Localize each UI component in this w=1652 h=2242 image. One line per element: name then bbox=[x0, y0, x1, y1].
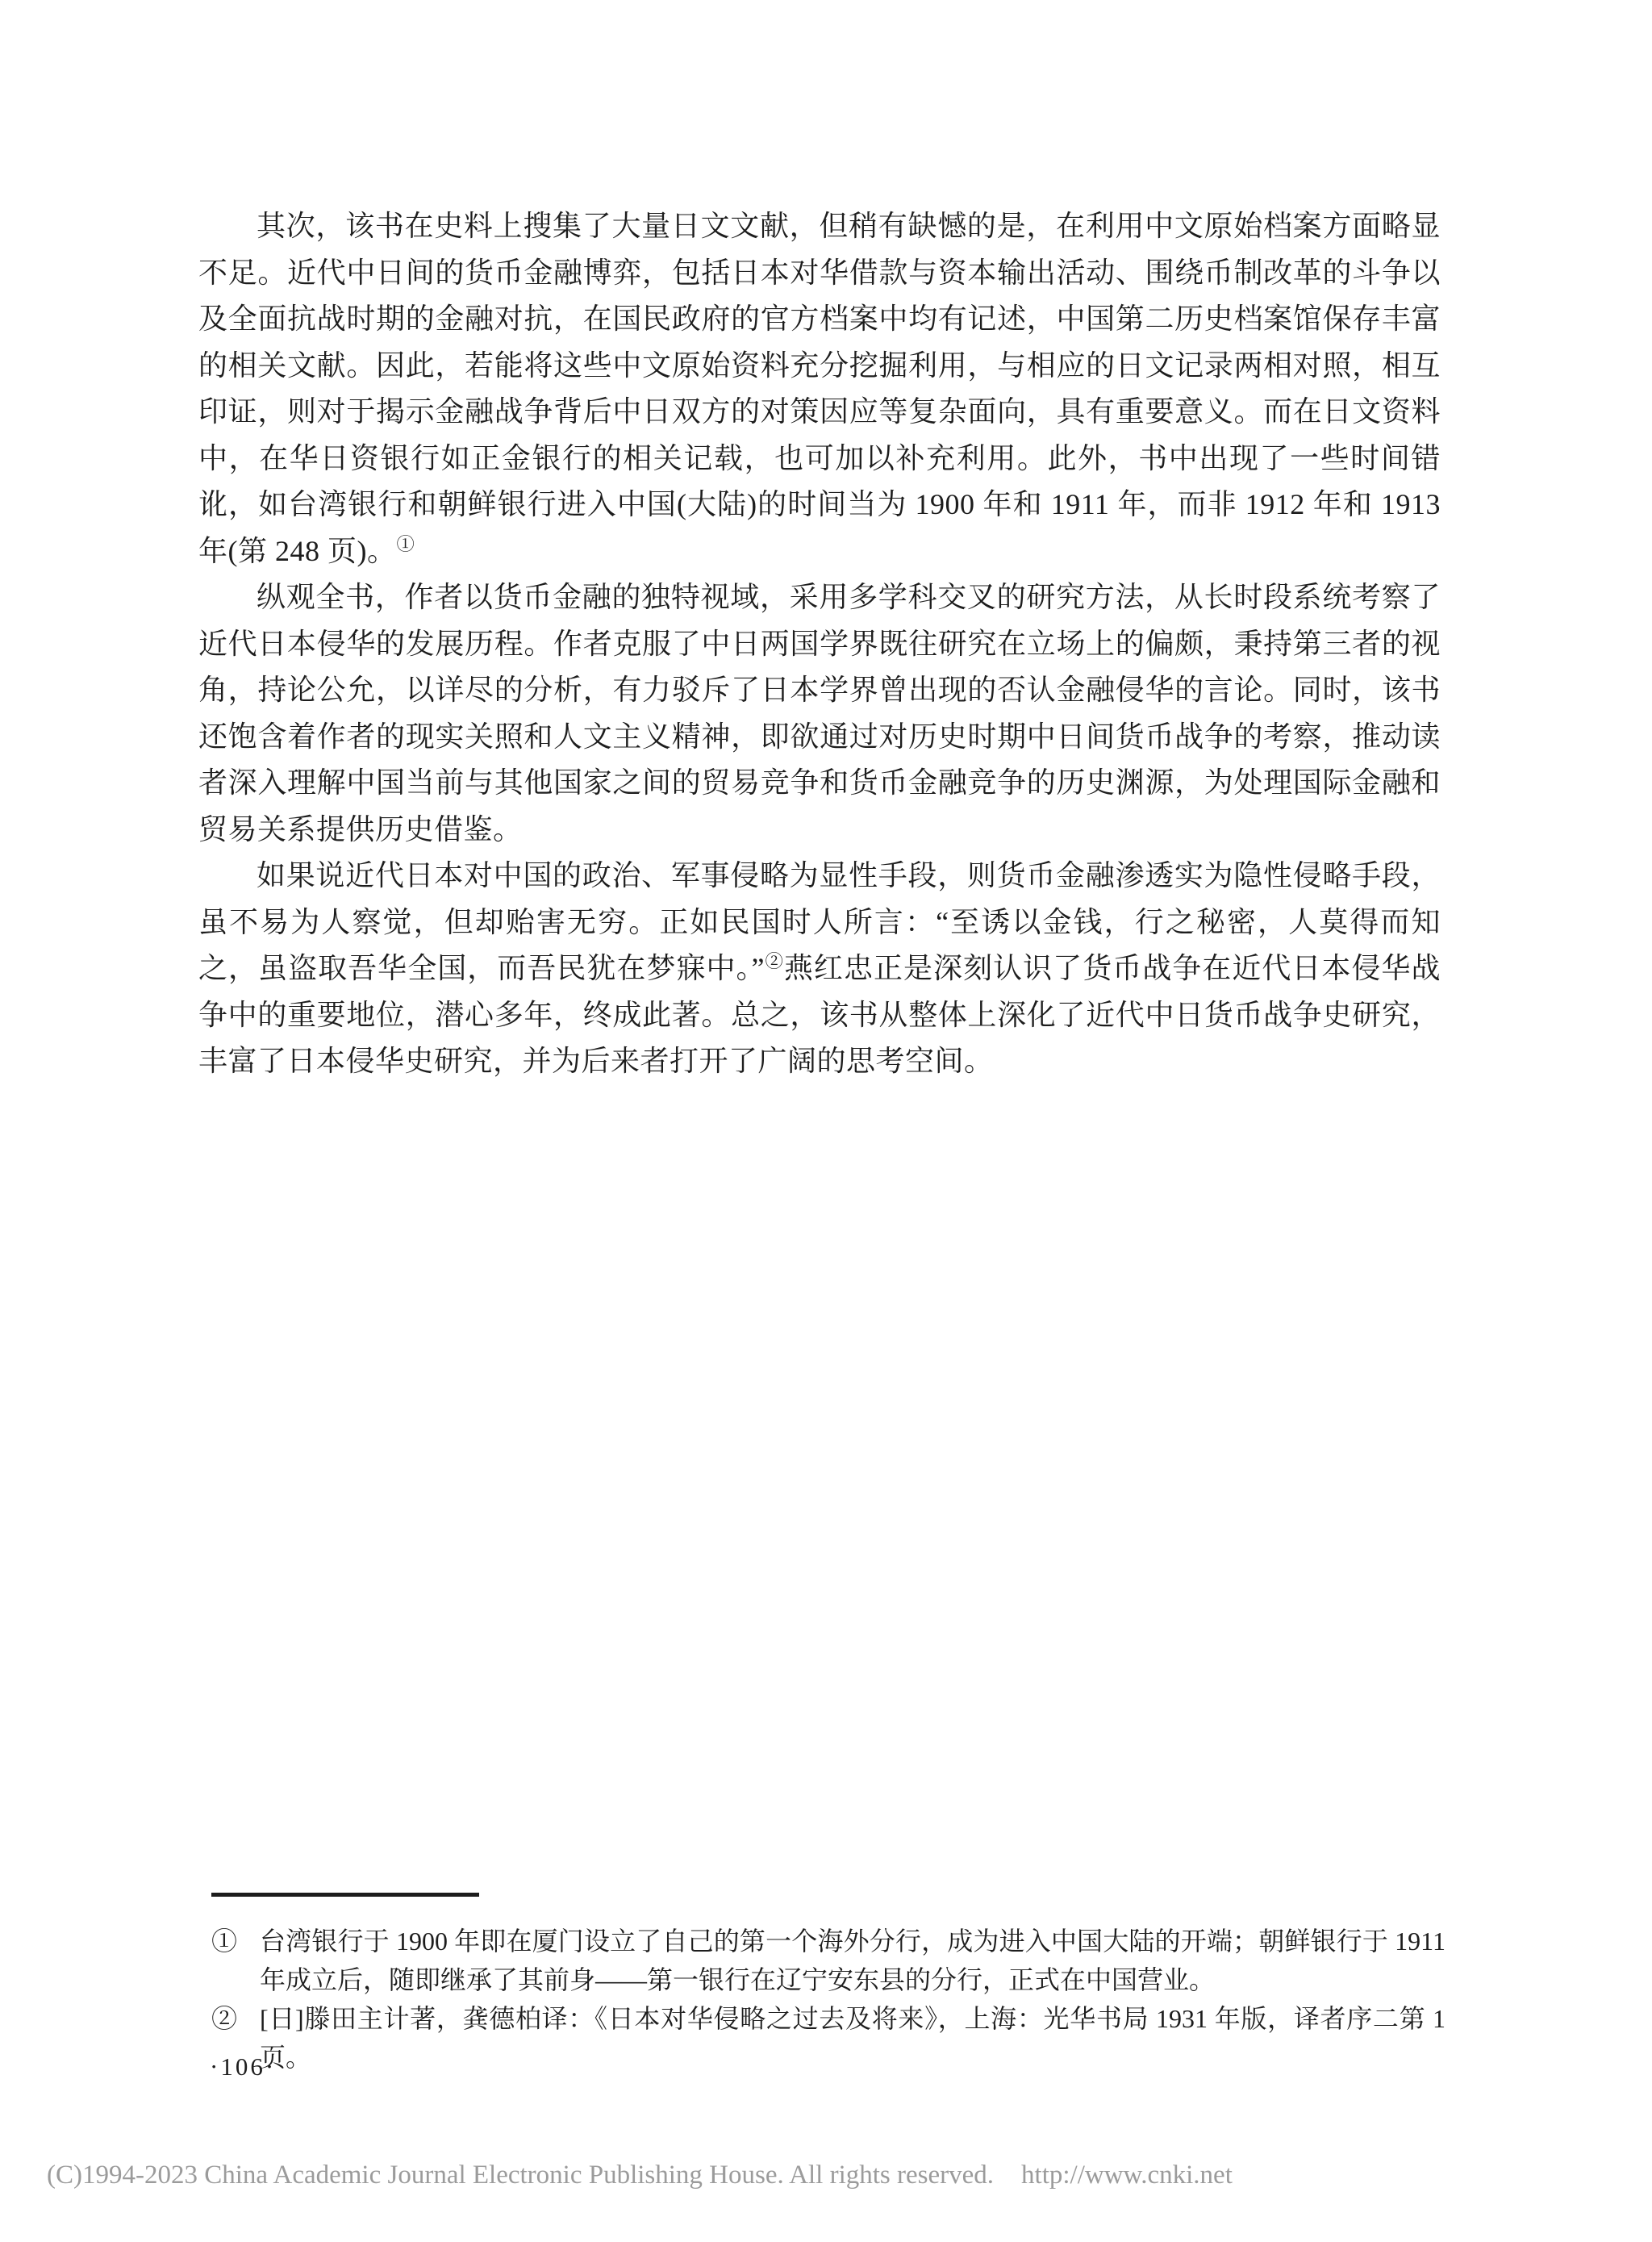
footnote-reference: ② bbox=[765, 951, 784, 971]
footnote-item: ②[日]滕田主计著，龚德柏译：《日本对华侵略之过去及将来》，上海：光华书局 19… bbox=[211, 1999, 1445, 2077]
paragraph-text: 其次，该书在史料上搜集了大量日文文献，但稍有缺憾的是，在利用中文原始档案方面略显… bbox=[198, 210, 1441, 567]
footnote-text: [日]滕田主计著，龚德柏译：《日本对华侵略之过去及将来》，上海：光华书局 193… bbox=[260, 1999, 1445, 2077]
footnotes-section: ①台湾银行于 1900 年即在厦门设立了自己的第一个海外分行，成为进入中国大陆的… bbox=[211, 1922, 1445, 2077]
footnote-marker: ② bbox=[211, 1999, 260, 2038]
footnote-reference: ① bbox=[396, 534, 415, 554]
page-footer: (C)1994-2023 China Academic Journal Elec… bbox=[47, 2161, 1579, 2190]
document-page: 其次，该书在史料上搜集了大量日文文献，但稍有缺憾的是，在利用中文原始档案方面略显… bbox=[0, 0, 1652, 2242]
footnote-separator bbox=[211, 1893, 479, 1897]
page-number: ·106· bbox=[210, 2052, 276, 2081]
footnote-text: 台湾银行于 1900 年即在厦门设立了自己的第一个海外分行，成为进入中国大陆的开… bbox=[260, 1922, 1445, 1999]
article-body: 其次，该书在史料上搜集了大量日文文献，但稍有缺憾的是，在利用中文原始档案方面略显… bbox=[198, 203, 1441, 1085]
footnote-item: ①台湾银行于 1900 年即在厦门设立了自己的第一个海外分行，成为进入中国大陆的… bbox=[211, 1922, 1445, 1999]
cnki-url: http://www.cnki.net bbox=[1021, 2161, 1233, 2190]
footnote-marker: ① bbox=[211, 1922, 260, 1960]
copyright-text: (C)1994-2023 China Academic Journal Elec… bbox=[47, 2161, 994, 2190]
paragraph: 其次，该书在史料上搜集了大量日文文献，但稍有缺憾的是，在利用中文原始档案方面略显… bbox=[198, 203, 1441, 574]
paragraph: 纵观全书，作者以货币金融的独特视域，采用多学科交叉的研究方法，从长时段系统考察了… bbox=[198, 574, 1441, 853]
paragraph-text: 纵观全书，作者以货币金融的独特视域，采用多学科交叉的研究方法，从长时段系统考察了… bbox=[198, 581, 1441, 845]
paragraph: 如果说近代日本对中国的政治、军事侵略为显性手段，则货币金融渗透实为隐性侵略手段，… bbox=[198, 853, 1441, 1085]
